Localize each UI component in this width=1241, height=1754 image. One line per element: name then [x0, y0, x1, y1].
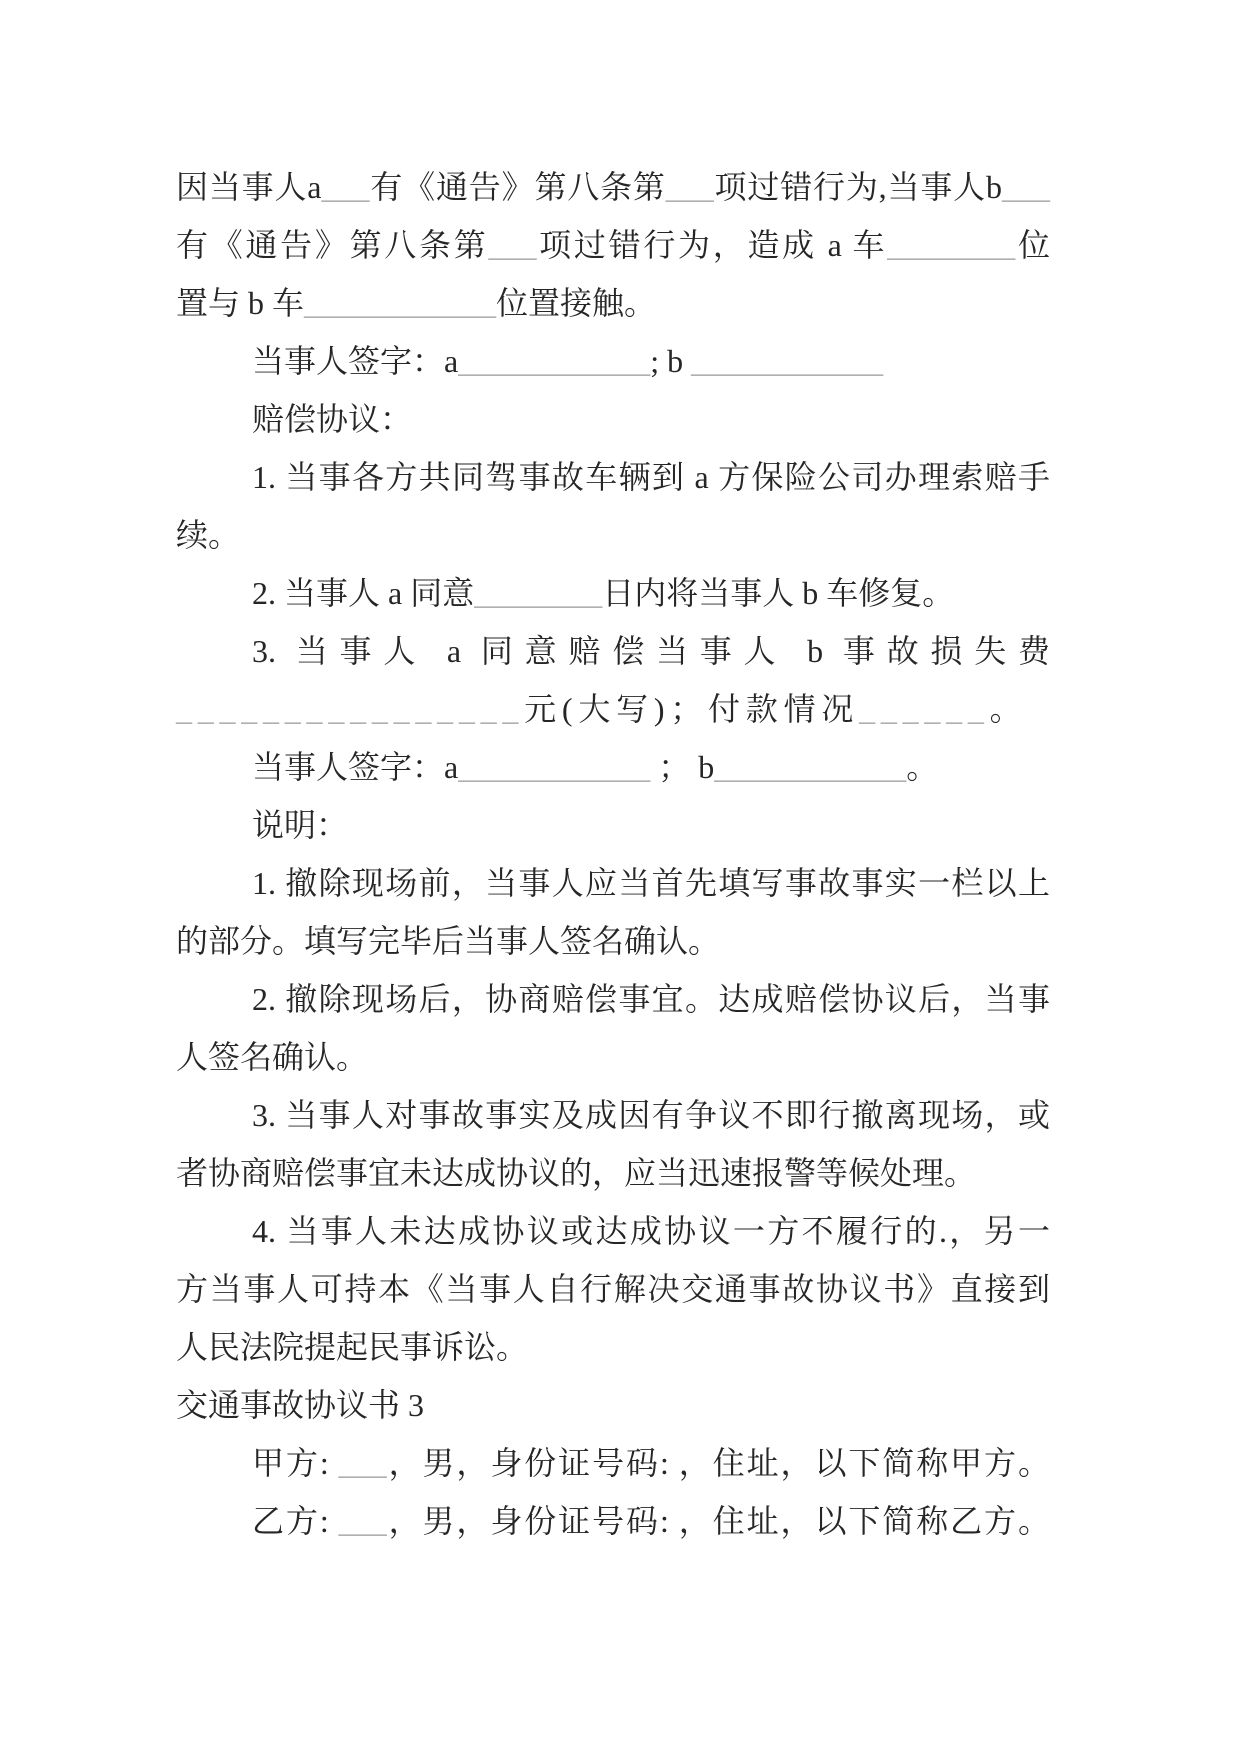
note-item-4-line: 4. 当事人未达成协议或达成协议一方不履行的.，另一 [176, 1202, 1050, 1260]
document-body: 因当事人a___有《通告》第八条第___项过错行为,当事人b___ 有《通告》第… [176, 158, 1050, 1550]
blank-field: ________ [887, 227, 1015, 263]
party-a-line: 甲方: ___，男，身份证号码: ，住址，以下简称甲方。 [176, 1434, 1050, 1492]
blank-field: ___ [488, 227, 536, 263]
blank-field: ___ [1002, 169, 1050, 205]
blank-field: ______ [859, 691, 990, 727]
blank-field: ________ [474, 575, 602, 611]
subsection-heading-notes: 说明： [176, 796, 1050, 854]
blank-field: ____________ [691, 343, 883, 379]
note-item-3-line: 者协商赔偿事宜未达成协议的，应当迅速报警等候处理。 [176, 1144, 1050, 1202]
doc-section-title: 交通事故协议书 3 [176, 1376, 1050, 1434]
blank-field: ___ [322, 169, 370, 205]
blank-field: ___ [339, 1503, 387, 1539]
blank-field: ____________ [458, 749, 650, 785]
blank-field: ____________ [714, 749, 906, 785]
accident-cause-line: 因当事人a___有《通告》第八条第___项过错行为,当事人b___ [176, 158, 1050, 216]
document-page: 因当事人a___有《通告》第八条第___项过错行为,当事人b___ 有《通告》第… [0, 0, 1241, 1754]
signature-line-compensation: 当事人签字：a____________ ； b____________。 [176, 738, 1050, 796]
note-item-4-line: 人民法院提起民事诉讼。 [176, 1318, 1050, 1376]
party-b-line: 乙方: ___，男，身份证号码: ，住址，以下简称乙方。 [176, 1492, 1050, 1550]
note-item-1-line: 1. 撤除现场前，当事人应当首先填写事故事实一栏以上 [176, 854, 1050, 912]
note-item-3-line: 3. 当事人对事故事实及成因有争议不即行撤离现场，或 [176, 1086, 1050, 1144]
note-item-4-line: 方当事人可持本《当事人自行解决交通事故协议书》直接到 [176, 1260, 1050, 1318]
compensation-item-3-line: ________________元(大写)；付款情况______。 [176, 680, 1050, 738]
compensation-item-2-line: 2. 当事人 a 同意________日内将当事人 b 车修复。 [176, 564, 1050, 622]
note-item-2-line: 人签名确认。 [176, 1028, 1050, 1086]
blank-field: ____________ [458, 343, 650, 379]
compensation-item-1-line: 1. 当事各方共同驾事故车辆到 a 方保险公司办理索赔手 [176, 448, 1050, 506]
blank-field: ________________ [176, 691, 524, 727]
signature-line-fact: 当事人签字：a____________; b ____________ [176, 332, 1050, 390]
blank-field: ___ [339, 1445, 387, 1481]
accident-cause-line: 置与 b 车____________位置接触。 [176, 274, 1050, 332]
subsection-heading-compensation: 赔偿协议： [176, 390, 1050, 448]
compensation-item-1-line: 续。 [176, 506, 1050, 564]
blank-field: ____________ [304, 285, 496, 321]
note-item-1-line: 的部分。填写完毕后当事人签名确认。 [176, 912, 1050, 970]
note-item-2-line: 2. 撤除现场后，协商赔偿事宜。达成赔偿协议后，当事 [176, 970, 1050, 1028]
accident-cause-line: 有《通告》第八条第___项过错行为，造成 a 车________位 [176, 216, 1050, 274]
compensation-item-3-line: 3. 当事人 a 同意赔偿当事人 b 事故损失费 [176, 622, 1050, 680]
blank-field: ___ [666, 169, 714, 205]
